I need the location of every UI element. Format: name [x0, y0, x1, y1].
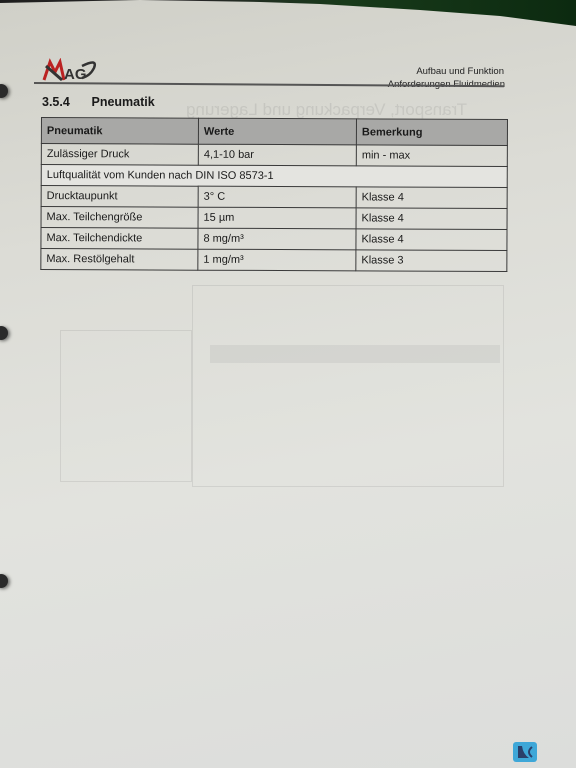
table-row: Luftqualität vom Kunden nach DIN ISO 857… — [41, 165, 507, 188]
cell-name: Max. Teilchengröße — [41, 207, 198, 229]
cell-remark: Klasse 4 — [356, 208, 507, 230]
cell-value: 8 mg/m³ — [198, 228, 356, 250]
show-through-box — [192, 285, 504, 487]
column-header: Bemerkung — [356, 119, 507, 146]
cell-name: Max. Restölgehalt — [41, 249, 198, 271]
table-row: Max. Teilchengröße 15 µm Klasse 4 — [41, 207, 507, 230]
cell-remark: min - max — [356, 145, 507, 167]
cell-value: 3° C — [198, 186, 356, 208]
svg-text:AG: AG — [64, 66, 87, 82]
section-title: Pneumatik — [91, 95, 154, 109]
cell-remark: Klasse 4 — [356, 187, 507, 209]
cell-air-quality: Luftqualität vom Kunden nach DIN ISO 857… — [41, 165, 507, 188]
show-through-box — [60, 330, 192, 482]
cell-name: Zulässiger Druck — [41, 144, 198, 166]
table-row: Max. Restölgehalt 1 mg/m³ Klasse 3 — [41, 249, 507, 272]
cell-name: Drucktaupunkt — [41, 186, 198, 208]
binder-hole — [0, 84, 8, 98]
column-header: Pneumatik — [41, 118, 198, 145]
binder-hole — [0, 326, 8, 340]
cell-remark: Klasse 4 — [356, 229, 507, 251]
mag-logo-icon: AG — [42, 58, 100, 82]
cell-name: Max. Teilchendickte — [41, 228, 198, 250]
binder-hole — [0, 574, 8, 588]
section-number: 3.5.4 — [42, 95, 88, 109]
table-row: Max. Teilchendickte 8 mg/m³ Klasse 4 — [41, 228, 507, 251]
app-logo-icon[interactable] — [513, 742, 537, 762]
table-row: Zulässiger Druck 4,1-10 bar min - max — [41, 144, 507, 167]
cell-value: 4,1-10 bar — [198, 144, 356, 166]
cell-value: 15 µm — [198, 207, 356, 229]
table-row: Drucktaupunkt 3° C Klasse 4 — [41, 186, 507, 209]
header-title: Aufbau und Funktion — [416, 66, 504, 77]
column-header: Werte — [198, 118, 356, 145]
show-through-banner — [210, 345, 500, 363]
cell-value: 1 mg/m³ — [198, 249, 356, 271]
table-header-row: Pneumatik Werte Bemerkung — [41, 118, 507, 146]
document-page: Transport, Verpackung und Lagerung AG Au… — [0, 0, 576, 768]
pneumatic-table: Pneumatik Werte Bemerkung Zulässiger Dru… — [40, 117, 508, 272]
section-heading: 3.5.4 Pneumatik — [42, 95, 155, 109]
cell-remark: Klasse 3 — [356, 250, 507, 272]
